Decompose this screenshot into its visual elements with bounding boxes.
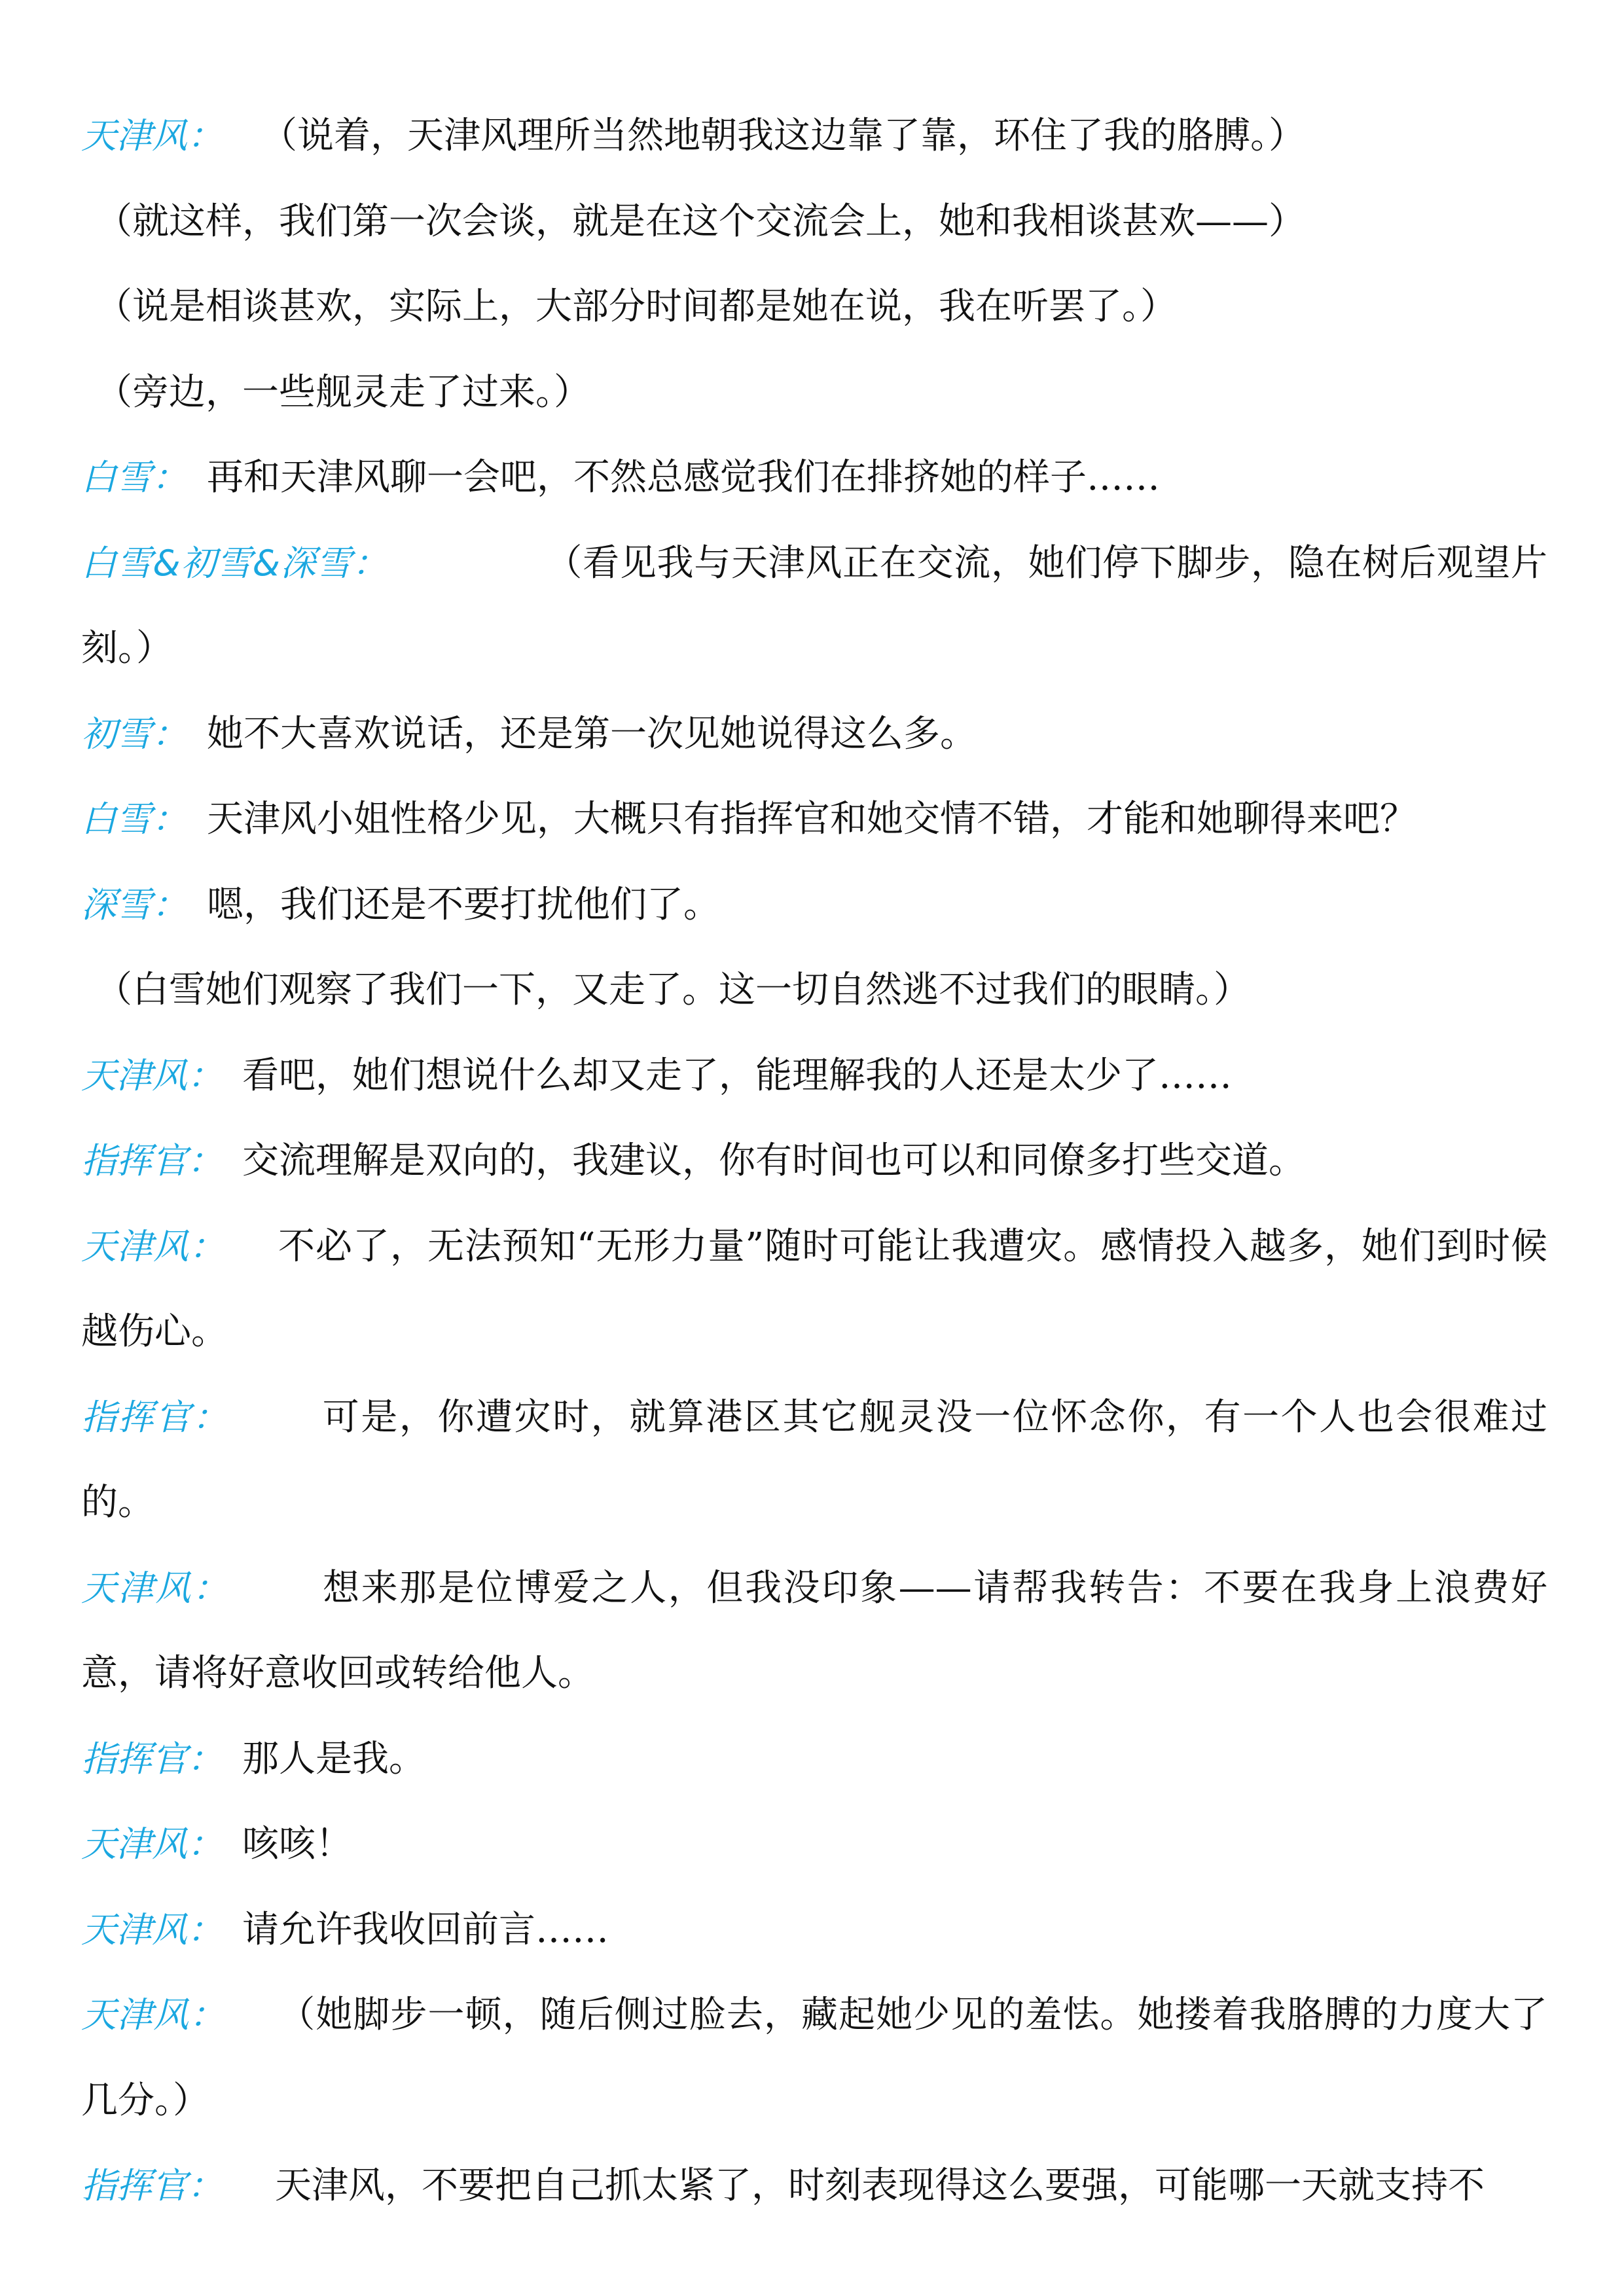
dialogue-line: 指挥官：天津风，不要把自己抓太紧了，时刻表现得这么要强，可能哪一天就支持不 <box>81 2144 1547 2229</box>
dialogue-line: 天津风：（说着，天津风理所当然地朝我这边靠了靠，环住了我的胳膊。） <box>81 94 1547 179</box>
dialogue-line: 白雪&初雪&深雪：（看见我与天津风正在交流，她们停下脚步，隐在树后观望片刻。） <box>81 521 1547 692</box>
speaker-name: 指挥官： <box>81 1397 229 1438</box>
speaker-name: 天津风： <box>81 1994 225 2036</box>
narration-line: （说是相谈甚欢，实际上，大部分时间都是她在说，我在听罢了。） <box>81 264 1547 350</box>
speaker-name: 天津风： <box>81 1568 230 1609</box>
dialogue-text: 她不大喜欢说话，还是第一次见她说得这么多。 <box>207 713 977 755</box>
dialogue-text: 天津风，不要把自己抓太紧了，时刻表现得这么要强，可能哪一天就支持不 <box>275 2164 1485 2207</box>
narration-line: （旁边，一些舰灵走了过来。） <box>81 350 1547 436</box>
dialogue-line: 天津风：咳咳！ <box>81 1802 1547 1888</box>
narration-line: （白雪她们观察了我们一下，又走了。这一切自然逃不过我们的眼睛。） <box>81 948 1547 1033</box>
narration-text: （就这样，我们第一次会谈，就是在这个交流会上，她和我相谈甚欢——） <box>96 200 1305 243</box>
dialogue-line: 天津风：请允许我收回前言…… <box>81 1888 1547 1973</box>
speaker-name: 天津风： <box>81 1909 223 1950</box>
speaker-name: 指挥官： <box>81 1140 223 1181</box>
dialogue-text: 看吧，她们想说什么却又走了，能理解我的人还是太少了…… <box>242 1054 1232 1097</box>
speaker-name: 天津风： <box>81 1226 225 1267</box>
dialogue-text: 再和天津风聊一会吧，不然总感觉我们在排挤她的样子…… <box>207 456 1160 499</box>
dialogue-text: 那人是我。 <box>242 1738 425 1780</box>
dialogue-line: 天津风：不必了，无法预知“无形力量”随时可能让我遭灾。感情投入越多，她们到时候越… <box>81 1204 1547 1375</box>
speaker-name: 天津风： <box>81 115 223 156</box>
dialogue-text: 咳咳！ <box>242 1823 352 1865</box>
speaker-name: 白雪： <box>81 798 187 840</box>
dialogue-line: 天津风：看吧，她们想说什么却又走了，能理解我的人还是太少了…… <box>81 1033 1547 1119</box>
dialogue-line: 白雪：再和天津风聊一会吧，不然总感觉我们在排挤她的样子…… <box>81 435 1547 521</box>
dialogue-text: 可是，你遭灾时，就算港区其它舰灵没一位怀念你，有一个人也会很难过的。 <box>81 1396 1547 1524</box>
dialogue-text: （她脚步一顿，随后侧过脸去，藏起她少见的羞怯。她搂着我胳膊的力度大了几分。） <box>81 1994 1547 2122</box>
dialogue-line: 天津风：（她脚步一顿，随后侧过脸去，藏起她少见的羞怯。她搂着我胳膊的力度大了几分… <box>81 1973 1547 2144</box>
dialogue-text: （说着，天津风理所当然地朝我这边靠了靠，环住了我的胳膊。） <box>261 115 1305 157</box>
dialogue-line: 深雪：嗯，我们还是不要打扰他们了。 <box>81 863 1547 948</box>
narration-text: （旁边，一些舰灵走了过来。） <box>96 371 590 414</box>
narration-text: （说是相谈甚欢，实际上，大部分时间都是她在说，我在听罢了。） <box>96 285 1177 328</box>
dialogue-text: 天津风小姐性格少见，大概只有指挥官和她交情不错，才能和她聊得来吧？ <box>207 798 1416 840</box>
speaker-name: 初雪： <box>81 713 187 755</box>
speaker-name: 天津风： <box>81 1055 223 1096</box>
dialogue-line: 白雪：天津风小姐性格少见，大概只有指挥官和她交情不错，才能和她聊得来吧？ <box>81 777 1547 863</box>
dialogue-line: 指挥官：交流理解是双向的，我建议，你有时间也可以和同僚多打些交道。 <box>81 1119 1547 1204</box>
speaker-name: 深雪： <box>81 884 187 925</box>
speaker-name: 天津风： <box>81 1823 223 1865</box>
dialogue-text: 想来那是位博爱之人，但我没印象——请帮我转告：不要在我身上浪费好意，请将好意收回… <box>81 1567 1547 1695</box>
speaker-name: 白雪： <box>81 457 187 498</box>
dialogue-text: 嗯，我们还是不要打扰他们了。 <box>207 884 720 926</box>
dialogue-line: 初雪：她不大喜欢说话，还是第一次见她说得这么多。 <box>81 692 1547 778</box>
document-page: 天津风：（说着，天津风理所当然地朝我这边靠了靠，环住了我的胳膊。） （就这样，我… <box>81 94 1547 2229</box>
speaker-name: 指挥官： <box>81 1738 223 1780</box>
dialogue-text: 请允许我收回前言…… <box>242 1909 609 1951</box>
dialogue-line: 指挥官：可是，你遭灾时，就算港区其它舰灵没一位怀念你，有一个人也会很难过的。 <box>81 1375 1547 1546</box>
dialogue-line: 指挥官：那人是我。 <box>81 1717 1547 1803</box>
dialogue-text: 不必了，无法预知“无形力量”随时可能让我遭灾。感情投入越多，她们到时候越伤心。 <box>81 1225 1547 1354</box>
speaker-name: 指挥官： <box>81 2165 223 2206</box>
narration-line: （就这样，我们第一次会谈，就是在这个交流会上，她和我相谈甚欢——） <box>81 179 1547 265</box>
speaker-name: 白雪&初雪&深雪： <box>81 543 388 584</box>
dialogue-line: 天津风：想来那是位博爱之人，但我没印象——请帮我转告：不要在我身上浪费好意，请将… <box>81 1546 1547 1717</box>
dialogue-text: 交流理解是双向的，我建议，你有时间也可以和同僚多打些交道。 <box>242 1139 1305 1182</box>
narration-text: （白雪她们观察了我们一下，又走了。这一切自然逃不过我们的眼睛。） <box>96 969 1250 1011</box>
